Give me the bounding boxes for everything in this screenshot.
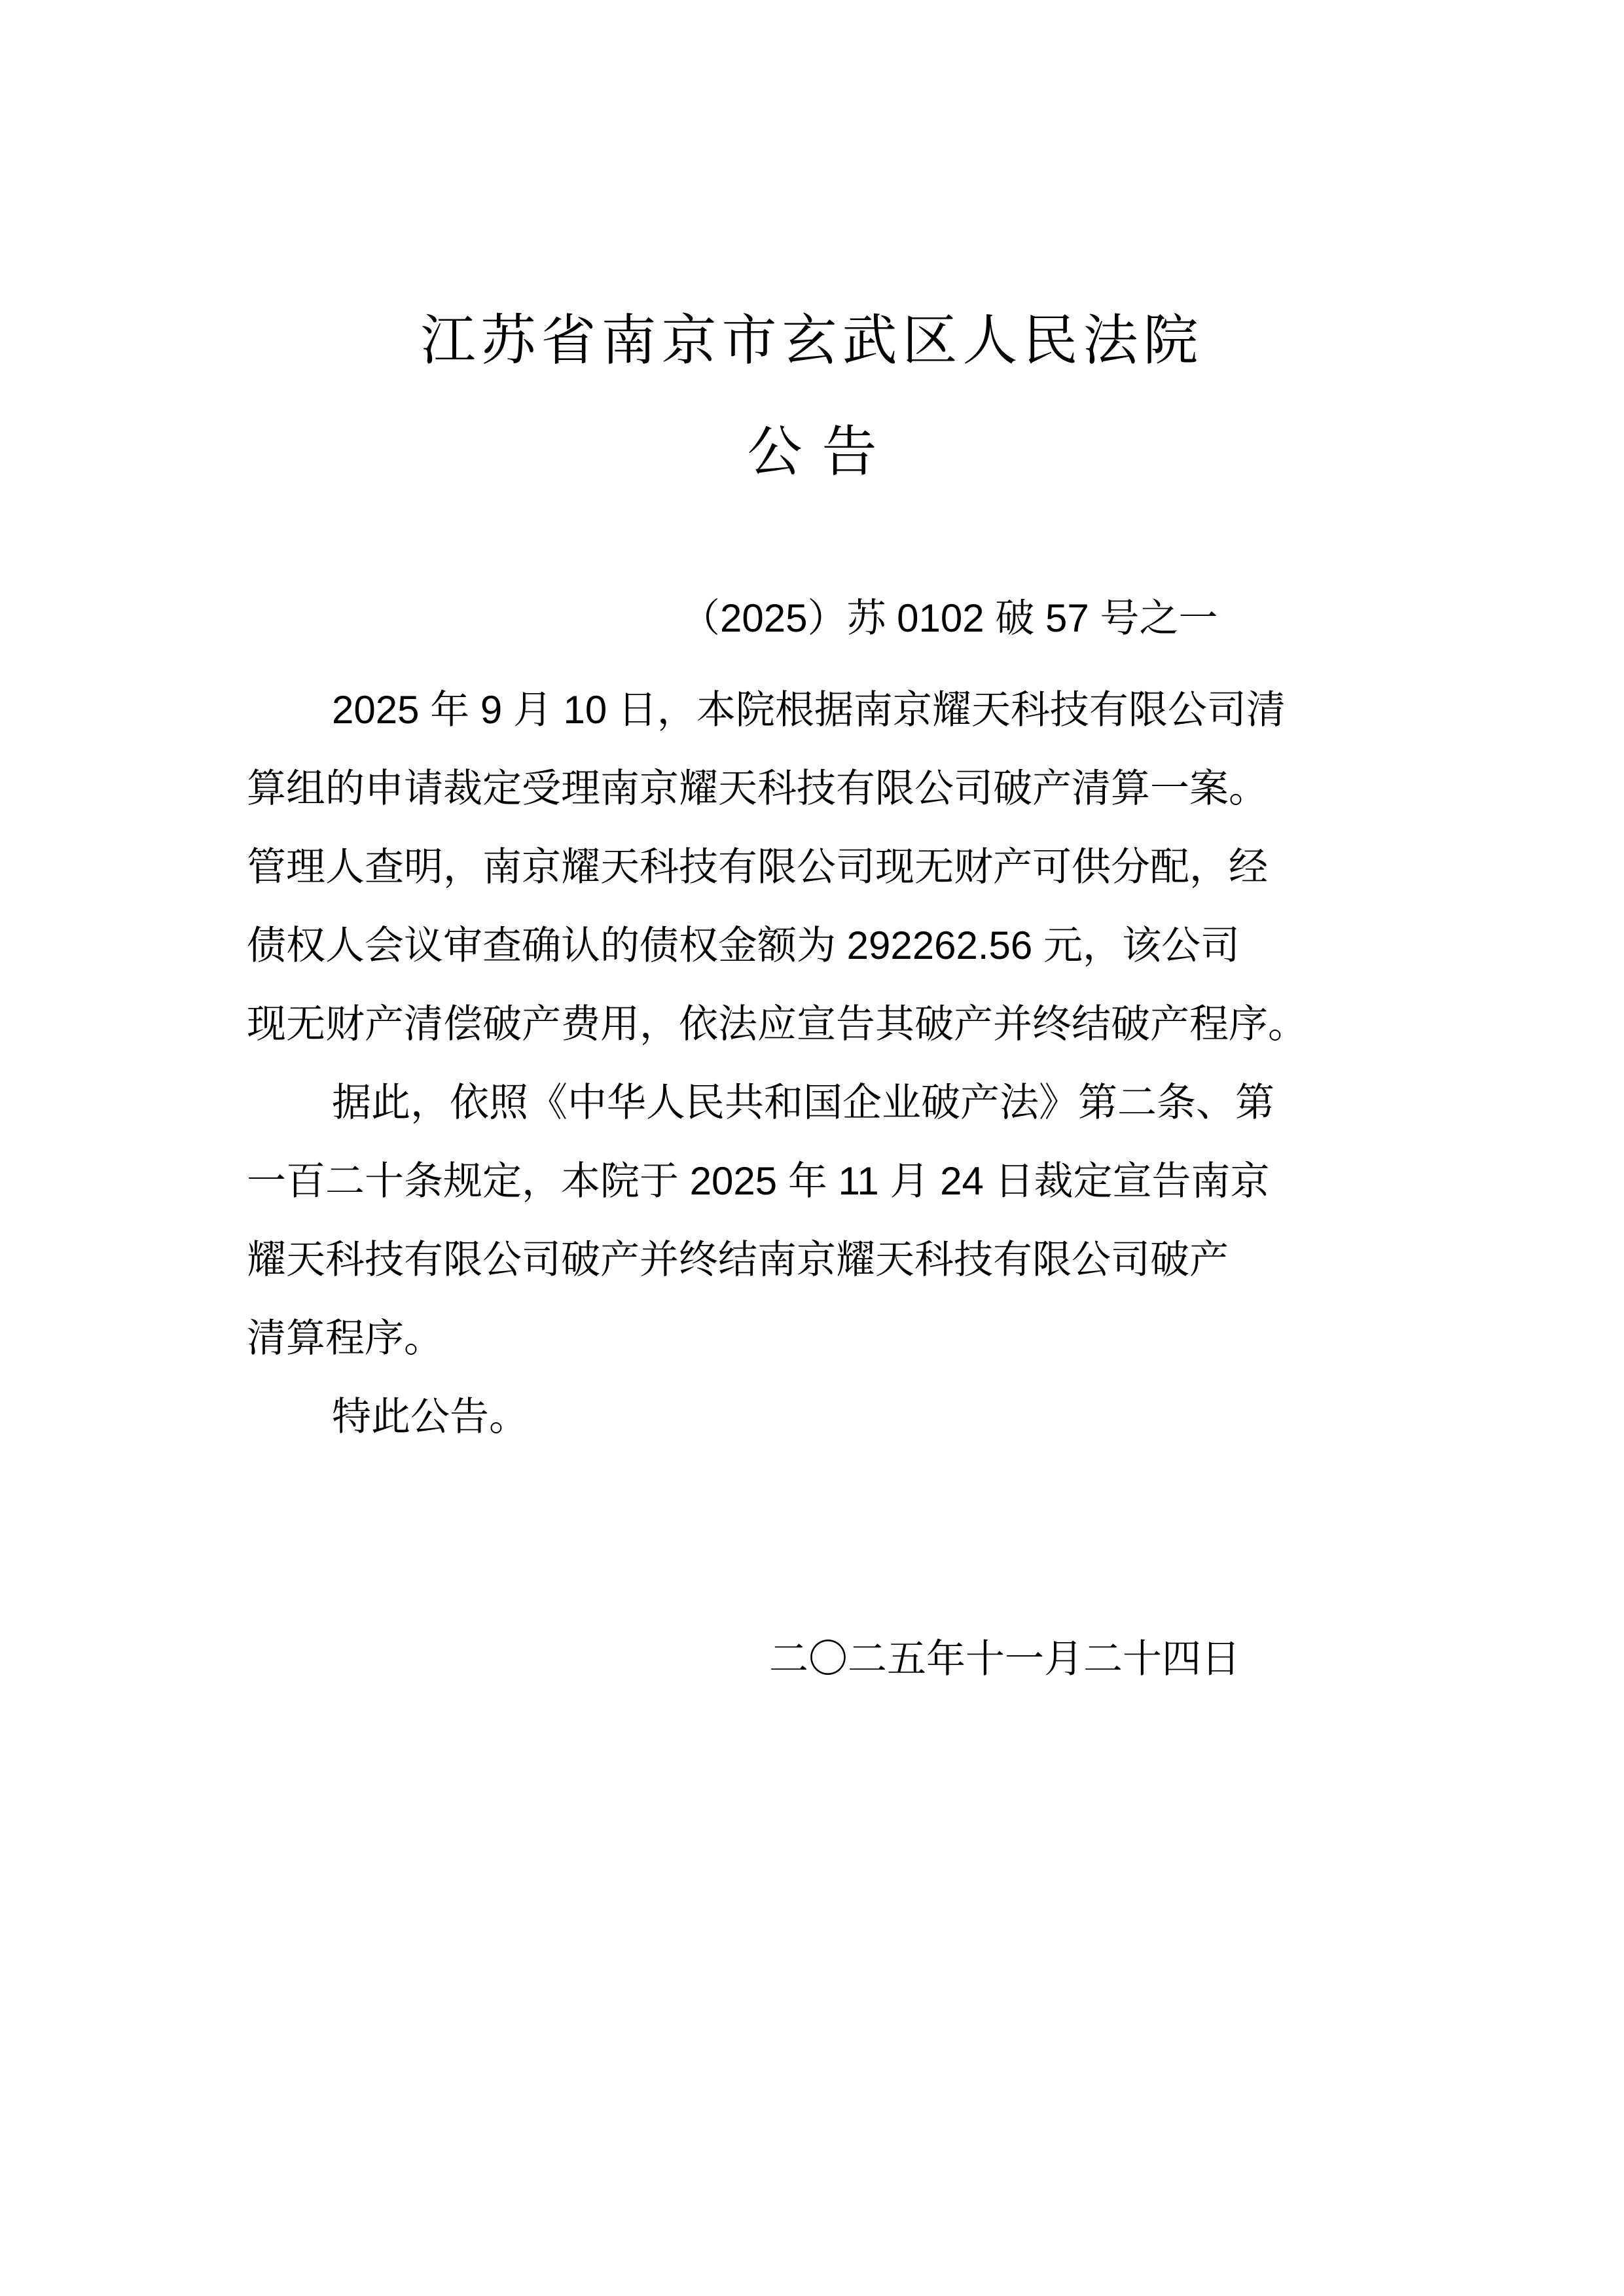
issue-date: 二〇二五年十一月二十四日 xyxy=(769,1633,1240,1685)
body-line: 算组的申请裁定受理南京耀天科技有限公司破产清算一案。 xyxy=(247,749,1386,828)
paragraph-closing: 特此公告。 xyxy=(247,1378,1386,1456)
paragraph-ruling: 据此，依照《中华人民共和国企业破产法》第二条、第 一百二十条规定，本院于 202… xyxy=(247,1064,1386,1378)
body-line: 管理人查明，南京耀天科技有限公司现无财产可供分配，经 xyxy=(247,828,1386,906)
body-line: 据此，依照《中华人民共和国企业破产法》第二条、第 xyxy=(247,1064,1386,1142)
body-line: 清算程序。 xyxy=(247,1299,1386,1378)
body-line: 2025 年 9 月 10 日，本院根据南京耀天科技有限公司清 xyxy=(247,671,1386,749)
notice-title: 公告 xyxy=(0,419,1624,484)
document-page: 江苏省南京市玄武区人民法院 公告 （2025）苏 0102 破 57 号之一 2… xyxy=(0,0,1624,2296)
body-line: 一百二十条规定，本院于 2025 年 11 月 24 日裁定宣告南京 xyxy=(247,1142,1386,1221)
body-line: 现无财产清偿破产费用，依法应宣告其破产并终结破产程序。 xyxy=(247,985,1386,1064)
closing-line: 特此公告。 xyxy=(247,1378,1386,1456)
body-line: 耀天科技有限公司破产并终结南京耀天科技有限公司破产 xyxy=(247,1221,1386,1299)
notice-body: 2025 年 9 月 10 日，本院根据南京耀天科技有限公司清 算组的申请裁定受… xyxy=(247,671,1386,1456)
case-number: （2025）苏 0102 破 57 号之一 xyxy=(681,592,1218,645)
body-line: 债权人会议审查确认的债权金额为 292262.56 元，该公司 xyxy=(247,906,1386,985)
paragraph-acceptance: 2025 年 9 月 10 日，本院根据南京耀天科技有限公司清 算组的申请裁定受… xyxy=(247,671,1386,1064)
court-name-heading: 江苏省南京市玄武区人民法院 xyxy=(0,308,1624,373)
